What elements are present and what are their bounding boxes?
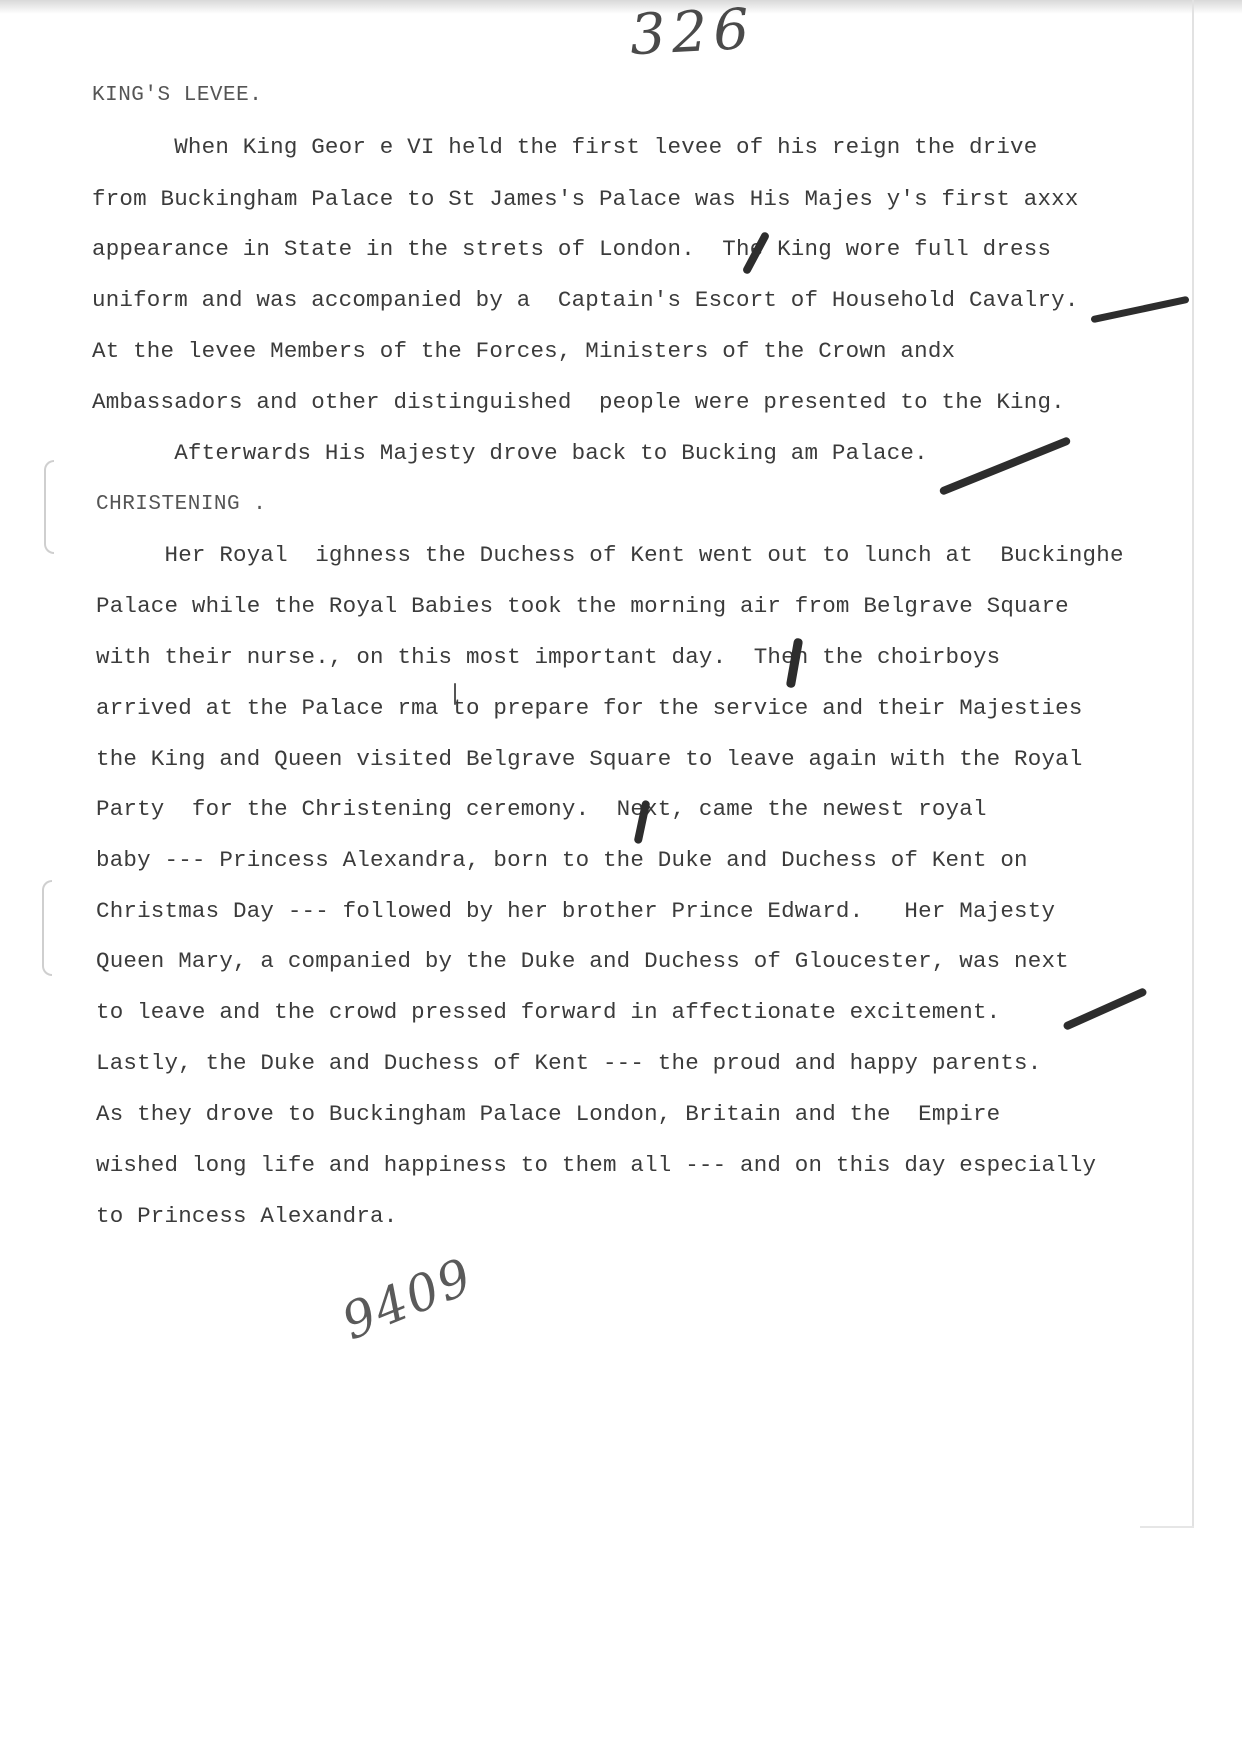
text-line: When King Geor e VI held the first levee… [92,134,1037,160]
text-line: Lastly, the Duke and Duchess of Kent ---… [96,1050,1041,1076]
text-line: appearance in State in the strets of Lon… [92,236,1051,262]
text-line: the King and Queen visited Belgrave Squa… [96,746,1083,772]
edit-mark-dash [1090,296,1189,324]
text-line: to leave and the crowd pressed forward i… [96,999,1000,1025]
text-line: to Princess Alexandra. [96,1203,397,1229]
text-line: At the levee Members of the Forces, Mini… [92,338,955,364]
margin-bracket [44,460,54,554]
text-line: Ambassadors and other distinguished peop… [92,389,1065,415]
text-line: uniform and was accompanied by a Captain… [92,287,1079,313]
handwritten-archive-number: 9409 [334,1247,481,1351]
text-line: Queen Mary, a companied by the Duke and … [96,948,1069,974]
text-line: with their nurse., on this most importan… [96,644,1000,670]
text-line: wished long life and happiness to them a… [96,1152,1096,1178]
margin-bracket [42,880,52,976]
edit-mark-tick [454,683,456,705]
text-line: Her Royal ighness the Duchess of Kent we… [96,542,1124,568]
text-line: arrived at the Palace rma to prepare for… [96,695,1083,721]
handwritten-page-number: 326 [628,0,756,68]
text-line: As they drove to Buckingham Palace Londo… [96,1101,1000,1127]
text-line: from Buckingham Palace to St James's Pal… [92,186,1079,212]
text-line: Palace while the Royal Babies took the m… [96,593,1069,619]
section-heading-kings-levee: KING'S LEVEE. [92,84,262,107]
scan-top-shadow [0,0,1242,14]
paper-bottom-edge [1140,1526,1194,1528]
edit-mark-dash [1062,987,1147,1031]
edit-mark-dash [939,436,1072,496]
paper-right-edge [1192,0,1194,1528]
text-line: Christmas Day --- followed by her brothe… [96,898,1055,924]
text-line: baby --- Princess Alexandra, born to the… [96,847,1028,873]
text-line: Party for the Christening ceremony. Next… [96,796,987,822]
section-heading-christening: CHRISTENING . [96,493,266,516]
text-line: Afterwards His Majesty drove back to Buc… [92,440,928,466]
